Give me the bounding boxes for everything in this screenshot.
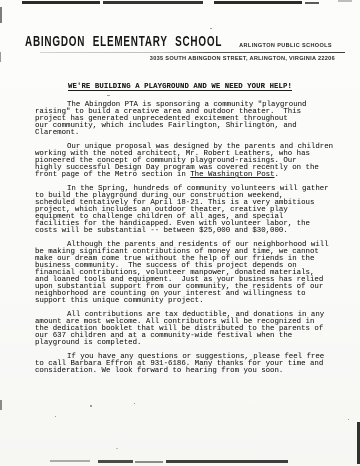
paragraph-proposal: Our unique proposal was designed by the … [35, 144, 335, 179]
scan-artifact-left-1 [0, 7, 2, 23]
scan-artifact-top-5 [338, 0, 352, 2]
scan-artifact-left-2 [0, 52, 1, 62]
scan-artifact-bottom-1 [50, 460, 90, 462]
washington-post-reference: The Washington Post [190, 171, 274, 179]
scan-artifact-top-3 [214, 1, 302, 4]
scan-speck-7 [116, 448, 118, 449]
scan-speck-5 [55, 416, 56, 417]
scan-artifact-top-4 [305, 2, 319, 4]
scanned-letter-page: { "scan": { "header": { "school_name": "… [0, 0, 360, 466]
scan-speck-4 [134, 403, 135, 404]
district-name: ARLINGTON PUBLIC SCHOOLS [239, 43, 332, 49]
paragraph-proposal-period: . [275, 171, 279, 179]
scan-speck-1 [107, 95, 110, 96]
scan-speck-6 [348, 419, 349, 420]
paragraph-tax-deductible: All contributions are tax deductible, an… [35, 312, 335, 347]
scan-artifact-bottom-2 [98, 460, 133, 463]
scan-artifact-top-2 [103, 1, 203, 4]
paragraph-contact: If you have any questions or suggestions… [35, 354, 335, 375]
scan-artifact-left-3 [0, 400, 2, 410]
school-address: 3035 SOUTH ABINGDON STREET, ARLINGTON, V… [150, 56, 335, 62]
paragraph-proposal-text: Our unique proposal was designed by the … [35, 143, 333, 179]
school-name: ABINGDON ELEMENTARY SCHOOL [25, 33, 222, 50]
scan-speck-3 [90, 405, 92, 407]
paragraph-contributions: Although the parents and residents of ou… [35, 242, 335, 305]
scan-artifact-top-1 [22, 1, 100, 4]
scan-artifact-bottom-4 [166, 460, 288, 463]
paragraph-intro: The Abingdon PTA is sponsoring a communi… [35, 102, 335, 137]
scan-speck-2 [210, 28, 212, 29]
letter-headline: WE'RE BUILDING A PLAYGROUND AND WE NEED … [0, 83, 360, 91]
letterhead-rule [40, 52, 345, 53]
paragraph-construction: In the Spring, hundreds of community vol… [35, 186, 335, 235]
scan-artifact-bottom-3 [135, 461, 163, 463]
letter-body: The Abingdon PTA is sponsoring a communi… [35, 102, 335, 382]
